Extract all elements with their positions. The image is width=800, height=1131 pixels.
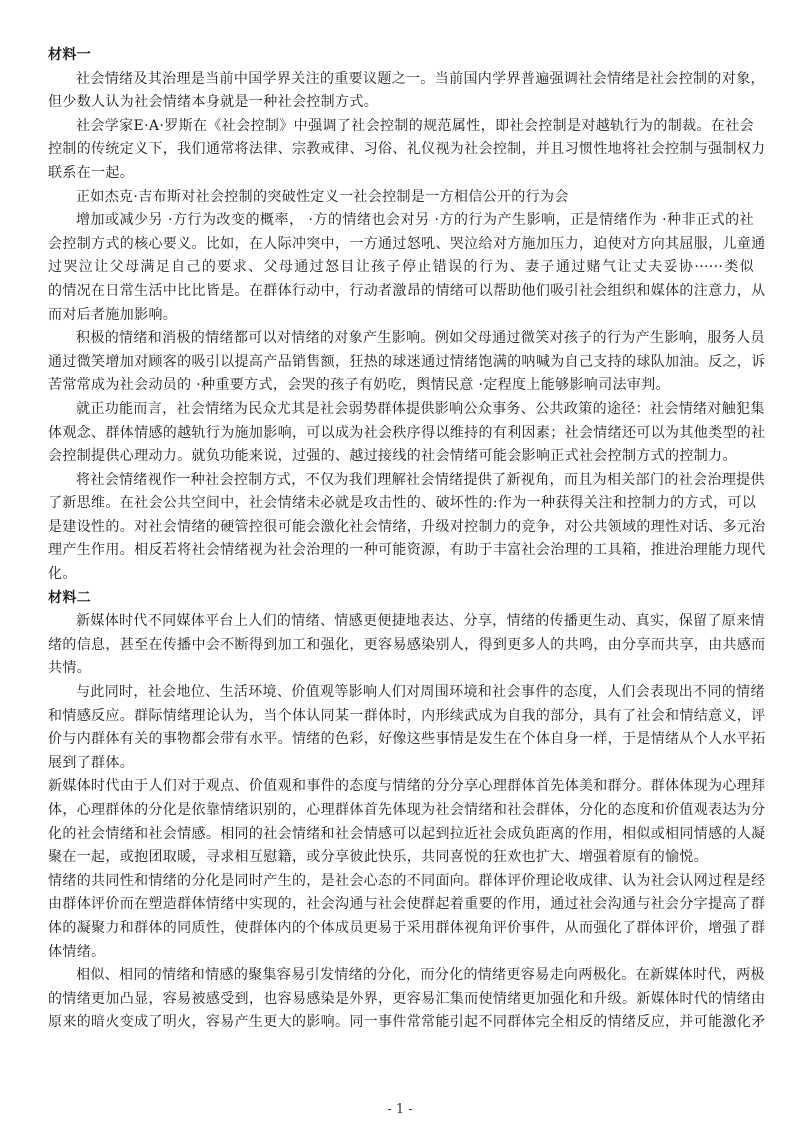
paragraph-line: 积极的情绪和消极的情绪都可以对情绪的对象产生影响。例如父母通过微笑对孩子的行为产… <box>48 327 754 351</box>
paragraph-line: 新媒体时代不同媒体平台上人们的情绪、情感更便捷地表达、分享，情绪的传播更生动、真… <box>48 610 754 634</box>
paragraph-line: 会控制方式的核心要义。比如，在人际冲突中，一方通过怒吼、哭泣给对方施加压力，迫使… <box>48 233 754 257</box>
paragraph-line: 体的凝聚力和群体的同质性，使群体内的个体成员更易于采用群体视角评价事件，从而强化… <box>48 917 754 941</box>
paragraph-line: 会控制提供心理动力。就负功能来说，过强的、越过接线的社会情绪可能会影响正式社会控… <box>48 445 754 469</box>
paragraph-line: 就正功能而言，社会情绪为民众尤其是社会弱势群体提供影响公众事务、公共政策的途径：… <box>48 398 754 422</box>
paragraph-line: 了新思维。在社会公共空间中，社会情绪未必就是攻击性的、破坏性的:作为一种获得关注… <box>48 492 754 516</box>
paragraph-line: 与此同时，社会地位、生活环境、价值观等影响人们对周围环境和社会事件的态度，人们会… <box>48 681 754 705</box>
paragraph-line: 共情。 <box>48 657 754 681</box>
paragraph-line: 绪的信息，甚至在传播中会不断得到加工和强化，更容易感染别人，得到更多人的共鸣，由… <box>48 634 754 658</box>
paragraph-line: 是建设性的。对社会情绪的硬管控很可能会激化社会情绪，升级对控制力的竞争，对公共领… <box>48 516 754 540</box>
paragraph-line: 的情况在日常生活中比比皆是。在群体行动中，行动者激昂的情绪可以帮助他们吸引社会组… <box>48 280 754 304</box>
paragraph-line: 控制的传统定义下，我们通常将法律、宗教戒律、习俗、礼仪视为社会控制，并且习惯性地… <box>48 138 754 162</box>
section-heading: 材料一 <box>48 44 754 68</box>
section-heading: 材料二 <box>48 587 754 611</box>
paragraph-line: 价与内群体有关的事物都会带有水平。情绪的色彩，好像这些事情是发生在个体自身一样，… <box>48 728 754 752</box>
paragraph-line: 体情绪。 <box>48 941 754 965</box>
paragraph-line: 体观念、群体情感的越轨行为施加影响，可以成为社会秩序得以维持的有利因素；社会情绪… <box>48 422 754 446</box>
paragraph-line: 增加或减少另 ·方行为改变的概率， ·方的情绪也会对另 ·方的行为产生影响，正是… <box>48 209 754 233</box>
paragraph-line: 社会学家E·A·罗斯在《社会控制》中强调了社会控制的规范属性，即社会控制是对越轨… <box>48 115 754 139</box>
paragraph-line: 由群体评价而在塑造群体情绪中实现的，社会沟通与社会使群起着重要的作用，通过社会沟… <box>48 893 754 917</box>
paragraph-line: 社会情绪及其治理是当前中国学界关注的重要议题之一。当前国内学界普遍强调社会情绪是… <box>48 68 754 92</box>
page-number: - 1 - <box>0 1102 800 1117</box>
paragraph-line: 将社会情绪视作一种社会控制方式，不仅为我们理解社会情绪提供了新视角，而且为相关部… <box>48 469 754 493</box>
paragraph-line: 联系在一起。 <box>48 162 754 186</box>
paragraph-line: 化的社会情绪和社会情感。相同的社会情绪和社会情感可以起到拉近社会成负距离的作用，… <box>48 823 754 847</box>
paragraph-line: 化。 <box>48 563 754 587</box>
paragraph-line: 聚在一起，或抱团取暖，寻求相互慰籍，或分享彼此快乐，共同喜悦的狂欢也扩大、增强着… <box>48 846 754 870</box>
paragraph-line: 但少数人认为社会情绪本身就是一种社会控制方式。 <box>48 91 754 115</box>
paragraph-line: 新媒体时代由于人们对于观点、价值观和事件的态度与情绪的分分享心理群体首先体美和群… <box>48 775 754 799</box>
paragraph-line: 相似、相同的情绪和情感的聚集容易引发情绪的分化，而分化的情绪更容易走向两极化。在… <box>48 964 754 988</box>
paragraph-line: 而对后者施加影响。 <box>48 304 754 328</box>
paragraph-line: 苦常常成为社会动员的 ·种重要方式，会哭的孩子有奶吃，舆情民意 ·定程度上能够影… <box>48 374 754 398</box>
paragraph-line: 情绪的共同性和情绪的分化是同时产生的，是社会心态的不同面向。群体评价理论收成律、… <box>48 870 754 894</box>
paragraph-line: 理产生作用。相反若将社会情绪视为社会治理的一种可能资源，有助于丰富社会治理的工具… <box>48 539 754 563</box>
paragraph-line: 展到了群体。 <box>48 752 754 776</box>
paragraph-line: 正如杰克·吉布斯对社会控制的突破性定义一社会控制是一方相信公开的行为会 <box>48 186 754 210</box>
paragraph-line: 体，心理群体的分化是依靠情绪识别的，心理群体首先体现为社会情绪和社会群体，分化的… <box>48 799 754 823</box>
paragraph-line: 的情绪更加凸显，容易被感受到，也容易感染是外界，更容易汇集而使情绪更加强化和升级… <box>48 988 754 1012</box>
paragraph-line: 原来的暗火变成了明火，容易产生更大的影响。同一事件常常能引起不同群体完全相反的情… <box>48 1011 754 1035</box>
paragraph-line: 通过微笑增加对顾客的吸引以提高产品销售额，狂热的球迷通过情绪饱满的呐喊为自己支持… <box>48 351 754 375</box>
paragraph-line: 过哭泣让父母满足自己的要求、父母通过怒目让孩子停止错误的行为、妻子通过赌气让丈夫… <box>48 256 754 280</box>
document-page: 材料一社会情绪及其治理是当前中国学界关注的重要议题之一。当前国内学界普遍强调社会… <box>48 44 754 1035</box>
paragraph-line: 和情感反应。群际情绪理论认为，当个体认同某一群体时，内形续武成为自我的部分，具有… <box>48 705 754 729</box>
